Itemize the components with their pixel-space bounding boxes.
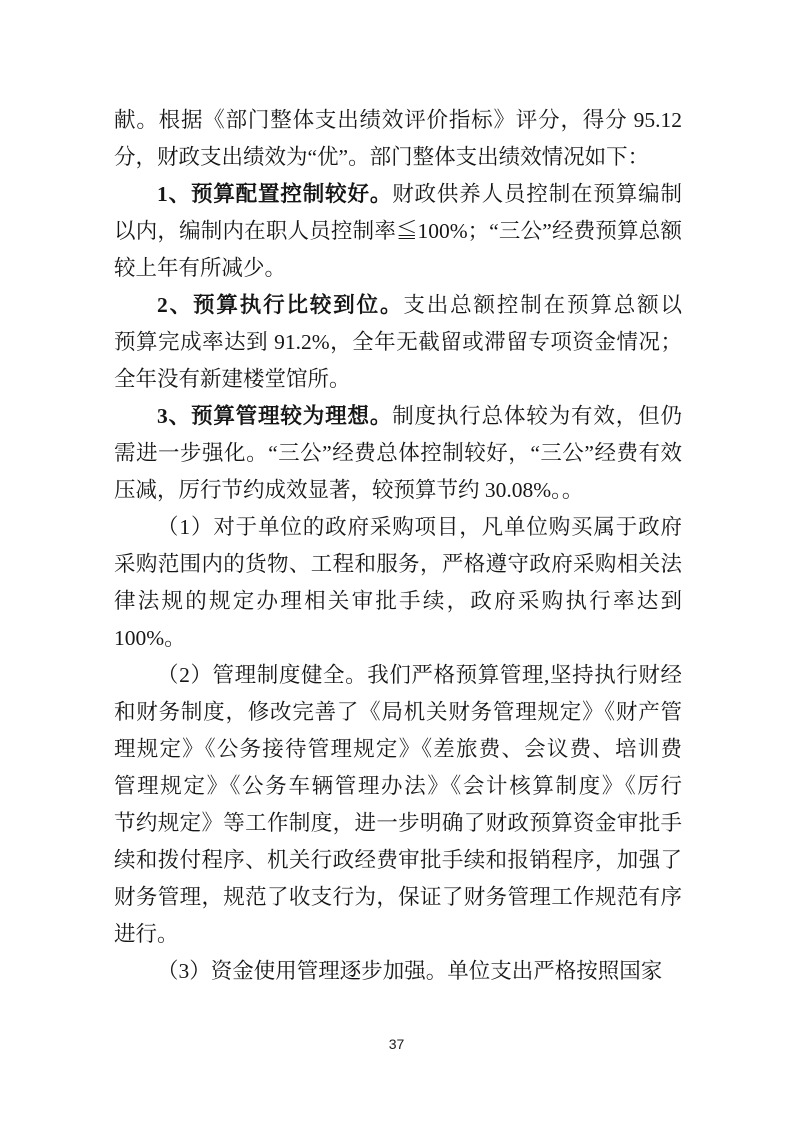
paragraph-overall-score: 献。根据《部门整体支出绩效评价指标》评分，得分 95.12 分，财政支出绩效为“… [114,102,682,176]
paragraph-text: 制度执行总体较为有效，但仍 [392,404,682,428]
page-footer: 37 [0,1036,793,1052]
text-line: （1）对于单位的政府采购项目，凡单位购买属于政府 [114,509,682,546]
paragraph-heading: 1、预算配置控制较好。 [157,182,392,206]
paragraph-fund-usage: （3）资金使用管理逐步加强。单位支出严格按照国家 [114,953,682,990]
text-line: 采购范围内的货物、工程和服务，严格遵守政府采购相关法 [114,546,682,583]
text-line: （2）管理制度健全。我们严格预算管理,坚持执行财经 [114,657,682,694]
text-line: 理规定》《公务接待管理规定》《差旅费、会议费、培训费 [114,731,682,768]
paragraph-budget-allocation: 1、预算配置控制较好。财政供养人员控制在预算编制 以内，编制内在职人员控制率≦1… [114,176,682,287]
text-line: 2、预算执行比较到位。支出总额控制在预算总额以内， [114,287,682,324]
text-line: 预算完成率达到 91.2%，全年无截留或滞留专项资金情况； [114,324,682,361]
text-line: 续和拨付程序、机关行政经费审批手续和报销程序，加强了 [114,842,682,879]
document-page: 献。根据《部门整体支出绩效评价指标》评分，得分 95.12 分，财政支出绩效为“… [0,0,793,1122]
text-line: 100%。 [114,620,682,657]
text-line: 进行。 [114,916,682,953]
text-line: 管理规定》《公务车辆管理办法》《会计核算制度》《厉行 [114,768,682,805]
text-line: 和财务制度，修改完善了《局机关财务管理规定》《财产管 [114,694,682,731]
text-line: 财务管理，规范了收支行为，保证了财务管理工作规范有序 [114,879,682,916]
text-line: 3、预算管理较为理想。制度执行总体较为有效，但仍 [114,398,682,435]
text-line: 需进一步强化。“三公”经费总体控制较好，“三公”经费有效 [114,435,682,472]
text-line: 节约规定》等工作制度，进一步明确了财政预算资金审批手 [114,805,682,842]
text-line: 献。根据《部门整体支出绩效评价指标》评分，得分 95.12 [114,102,682,139]
paragraph-heading: 2、预算执行比较到位。 [157,293,403,317]
text-line: 律法规的规定办理相关审批手续，政府采购执行率达到 [114,583,682,620]
text-line: 1、预算配置控制较好。财政供养人员控制在预算编制 [114,176,682,213]
paragraph-text: 财政供养人员控制在预算编制 [392,182,682,206]
paragraph-heading: 3、预算管理较为理想。 [157,404,392,428]
text-line: 全年没有新建楼堂馆所。 [114,361,682,398]
paragraph-management-system: （2）管理制度健全。我们严格预算管理,坚持执行财经 和财务制度，修改完善了《局机… [114,657,682,953]
document-body: 献。根据《部门整体支出绩效评价指标》评分，得分 95.12 分，财政支出绩效为“… [114,102,682,990]
text-line: （3）资金使用管理逐步加强。单位支出严格按照国家 [114,953,682,990]
text-line: 以内，编制内在职人员控制率≦100%；“三公”经费预算总额 [114,213,682,250]
text-line: 较上年有所减少。 [114,250,682,287]
page-number: 37 [389,1036,405,1052]
paragraph-gov-procurement: （1）对于单位的政府采购项目，凡单位购买属于政府 采购范围内的货物、工程和服务，… [114,509,682,657]
paragraph-budget-execution: 2、预算执行比较到位。支出总额控制在预算总额以内， 预算完成率达到 91.2%，… [114,287,682,398]
paragraph-budget-management: 3、预算管理较为理想。制度执行总体较为有效，但仍 需进一步强化。“三公”经费总体… [114,398,682,509]
text-line: 压减，厉行节约成效显著，较预算节约 30.08%。。 [114,472,682,509]
text-line: 分，财政支出绩效为“优”。部门整体支出绩效情况如下： [114,139,682,176]
